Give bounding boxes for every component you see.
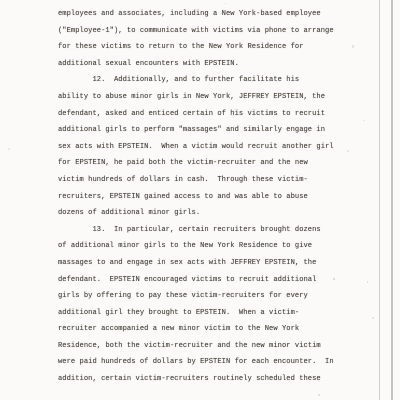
document-line: of additional minor girls to the New Yor…	[58, 238, 378, 255]
scan-noise-speck	[333, 278, 335, 280]
page-edge-line-inner	[379, 0, 380, 400]
scan-noise-speck	[367, 281, 368, 283]
document-line: dozens of additional minor girls.	[58, 205, 378, 222]
document-line: defendant. EPSTEIN encouraged victims to…	[58, 272, 378, 289]
document-line: sex acts with EPSTEIN. When a victim wou…	[58, 139, 378, 156]
document-line: 13. In particular, certain recruiters br…	[58, 222, 378, 239]
document-line: defendant, asked and enticed certain of …	[58, 106, 378, 123]
scan-noise-speck	[318, 394, 320, 396]
scan-noise-speck	[363, 120, 365, 121]
document-line: recruiter accompanied a new minor victim…	[58, 321, 378, 338]
document-line: addition, certain victim-recruiters rout…	[58, 371, 378, 388]
document-line: victim hundreds of dollars in cash. Thro…	[58, 172, 378, 189]
document-line: additional girls to perform "massages" a…	[58, 122, 378, 139]
document-line: additional girl they brought to EPSTEIN.…	[58, 305, 378, 322]
document-line: additional sexual encounters with EPSTEI…	[58, 56, 378, 73]
page-edge-line-outer	[391, 0, 393, 400]
scanned-document-page: employees and associates, including a Ne…	[0, 0, 400, 400]
document-line: were paid hundreds of dollars by EPSTEIN…	[58, 354, 378, 371]
scan-noise-speck	[352, 45, 354, 48]
document-line: recruiters, EPSTEIN gained access to and…	[58, 189, 378, 206]
document-line: for these victims to return to the New Y…	[58, 39, 378, 56]
document-line: ability to abuse minor girls in New York…	[58, 89, 378, 106]
document-line: 12. Additionally, and to further facilit…	[58, 72, 378, 89]
document-line: ("Employee-1"), to communicate with vict…	[58, 23, 378, 40]
scan-noise-speck	[8, 148, 10, 150]
scan-noise-speck	[225, 3, 226, 4]
document-text: employees and associates, including a Ne…	[58, 6, 378, 388]
document-line: employees and associates, including a Ne…	[58, 6, 378, 23]
scan-noise-speck	[372, 317, 374, 319]
document-line: Residence, both the victim-recruiter and…	[58, 338, 378, 355]
document-line: girls by offering to pay these victim-re…	[58, 288, 378, 305]
document-line: for EPSTEIN, he paid both the victim-rec…	[58, 155, 378, 172]
scan-noise-speck	[347, 150, 349, 152]
document-line: massages to and engage in sex acts with …	[58, 255, 378, 272]
